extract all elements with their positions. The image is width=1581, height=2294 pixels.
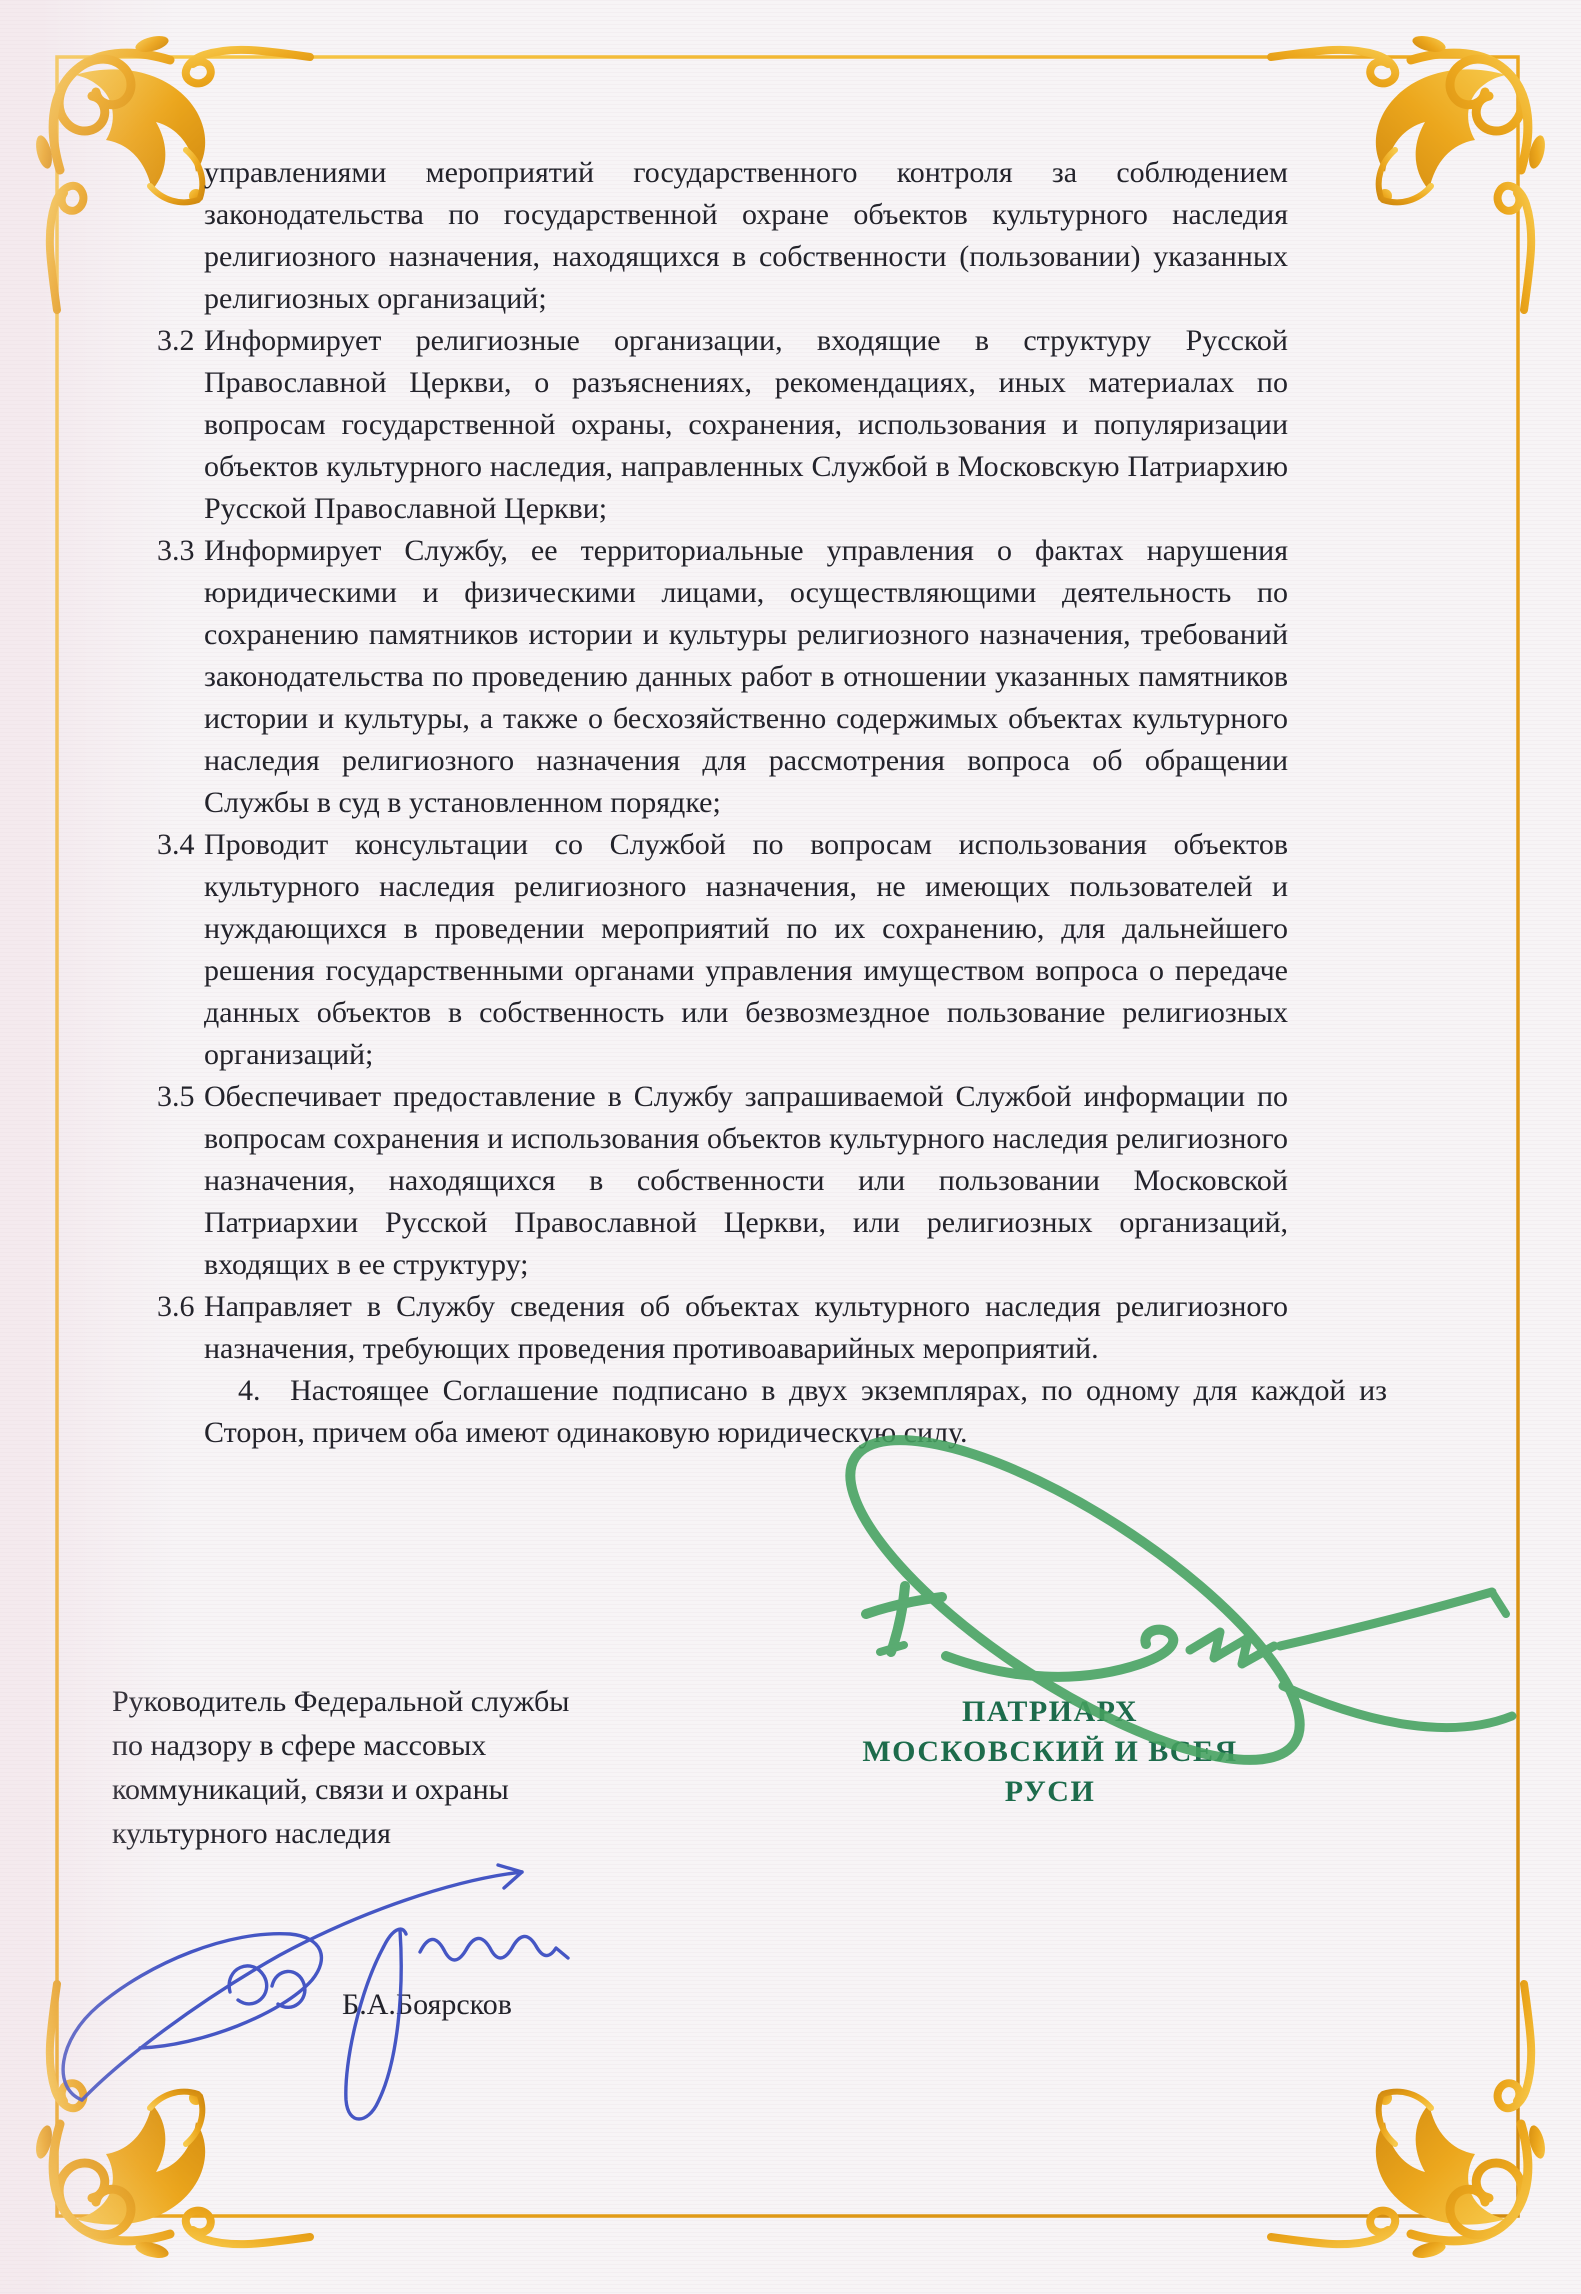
- clause-text: Направляет в Службу сведения об объектах…: [204, 1290, 1288, 1365]
- clause-3-2: 3.2 Информирует религиозные организации,…: [204, 320, 1288, 530]
- corner-ornament-bottom-left: [33, 1984, 310, 2261]
- clause-number: 3.3: [157, 530, 195, 572]
- cross-mark: [866, 1586, 942, 1652]
- signatory-left-title: Руководитель Федеральной службы по надзо…: [112, 1680, 569, 1856]
- clause-text: Настоящее Соглашение подписано в двух эк…: [204, 1374, 1387, 1449]
- paragraph-continuation: управлениями мероприятий государственног…: [204, 152, 1288, 320]
- signatory-right-title-line-1: ПАТРИАРХ: [820, 1692, 1280, 1732]
- clause-3-6: 3.6 Направляет в Службу сведения об объе…: [204, 1286, 1288, 1370]
- clause-3-5: 3.5 Обеспечивает предоставление в Службу…: [204, 1076, 1288, 1286]
- clause-number: 3.2: [157, 320, 195, 362]
- clause-number: 3.6: [157, 1286, 195, 1328]
- document-body: управлениями мероприятий государственног…: [204, 152, 1288, 1454]
- clause-4: 4. Настоящее Соглашение подписано в двух…: [204, 1370, 1387, 1454]
- clause-number: 3.4: [157, 824, 195, 866]
- signatory-right-title-line-2: МОСКОВСКИЙ И ВСЕЯ РУСИ: [820, 1732, 1280, 1812]
- signatory-left-title-line-2: по надзору в сфере массовых: [112, 1724, 569, 1768]
- clause-number: 3.5: [157, 1076, 195, 1118]
- clause-3-4: 3.4 Проводит консультации со Службой по …: [204, 824, 1288, 1076]
- clause-number: 4.: [238, 1374, 261, 1407]
- document-page: управлениями мероприятий государственног…: [0, 0, 1581, 2294]
- clause-3-3: 3.3 Информирует Службу, ее территориальн…: [204, 530, 1288, 824]
- clause-text: Обеспечивает предоставление в Службу зап…: [204, 1080, 1288, 1281]
- signatory-left-name: Б.А.Боярсков: [342, 1988, 512, 2022]
- clause-text: Информирует Службу, ее территориальные у…: [204, 534, 1288, 819]
- corner-ornament-bottom-right: [1271, 1984, 1548, 2261]
- signatory-left-title-line-3: коммуникаций, связи и охраны: [112, 1768, 569, 1812]
- corner-ornament-top-right: [1271, 33, 1548, 310]
- clause-text: Информирует религиозные организации, вхо…: [204, 324, 1288, 525]
- signatory-left-title-line-1: Руководитель Федеральной службы: [112, 1680, 569, 1724]
- signatory-right-title: ПАТРИАРХ МОСКОВСКИЙ И ВСЕЯ РУСИ: [820, 1692, 1280, 1812]
- clause-text: Проводит консультации со Службой по вопр…: [204, 828, 1288, 1071]
- signatory-left-title-line-4: культурного наследия: [112, 1812, 569, 1856]
